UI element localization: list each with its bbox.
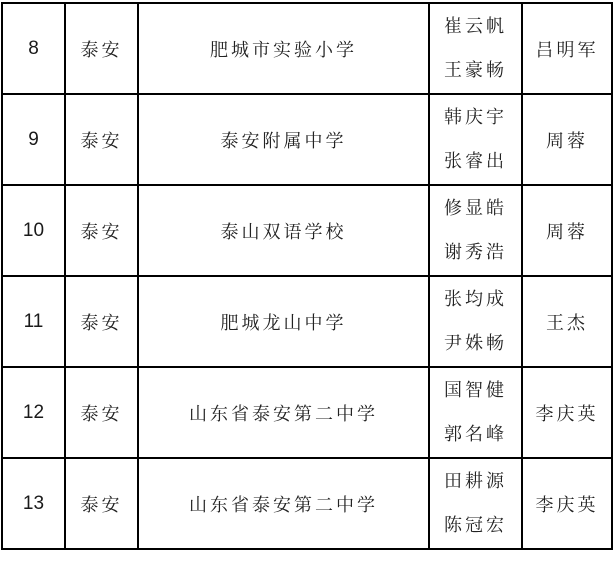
teacher-cell: 李庆英: [522, 367, 612, 458]
school-cell: 泰山双语学校: [138, 185, 429, 276]
row-number: 11: [2, 276, 65, 367]
student-name: 张睿出: [430, 140, 521, 184]
table-row: 8 泰安 肥城市实验小学 崔云帆 王豪畅 吕明军: [2, 3, 612, 94]
table-row: 13 泰安 山东省泰安第二中学 田耕源 陈冠宏 李庆英: [2, 458, 612, 549]
row-number: 8: [2, 3, 65, 94]
student-name: 陈冠宏: [430, 504, 521, 548]
teacher-cell: 周蓉: [522, 94, 612, 185]
student-name: 王豪畅: [430, 49, 521, 93]
table-row: 9 泰安 泰安附属中学 韩庆宇 张睿出 周蓉: [2, 94, 612, 185]
student-name: 修显皓: [430, 187, 521, 231]
students-cell: 崔云帆 王豪畅: [429, 3, 522, 94]
students-cell: 韩庆宇 张睿出: [429, 94, 522, 185]
city-cell: 泰安: [65, 94, 138, 185]
teacher-cell: 吕明军: [522, 3, 612, 94]
teacher-cell: 王杰: [522, 276, 612, 367]
row-number: 13: [2, 458, 65, 549]
city-cell: 泰安: [65, 276, 138, 367]
school-cell: 肥城市实验小学: [138, 3, 429, 94]
city-cell: 泰安: [65, 3, 138, 94]
student-name: 国智健: [430, 369, 521, 413]
teacher-cell: 李庆英: [522, 458, 612, 549]
school-cell: 泰安附属中学: [138, 94, 429, 185]
teacher-cell: 周蓉: [522, 185, 612, 276]
award-roster-table: 8 泰安 肥城市实验小学 崔云帆 王豪畅 吕明军 9 泰安 泰安附属中学 韩庆宇…: [1, 2, 613, 550]
students-cell: 张均成 尹姝畅: [429, 276, 522, 367]
students-cell: 田耕源 陈冠宏: [429, 458, 522, 549]
school-cell: 山东省泰安第二中学: [138, 367, 429, 458]
students-cell: 修显皓 谢秀浩: [429, 185, 522, 276]
city-cell: 泰安: [65, 367, 138, 458]
row-number: 10: [2, 185, 65, 276]
table-row: 12 泰安 山东省泰安第二中学 国智健 郭名峰 李庆英: [2, 367, 612, 458]
student-name: 郭名峰: [430, 413, 521, 457]
table-row: 10 泰安 泰山双语学校 修显皓 谢秀浩 周蓉: [2, 185, 612, 276]
school-cell: 肥城龙山中学: [138, 276, 429, 367]
student-name: 田耕源: [430, 460, 521, 504]
row-number: 12: [2, 367, 65, 458]
school-cell: 山东省泰安第二中学: [138, 458, 429, 549]
row-number: 9: [2, 94, 65, 185]
table-row: 11 泰安 肥城龙山中学 张均成 尹姝畅 王杰: [2, 276, 612, 367]
city-cell: 泰安: [65, 185, 138, 276]
student-name: 崔云帆: [430, 5, 521, 49]
student-name: 张均成: [430, 278, 521, 322]
city-cell: 泰安: [65, 458, 138, 549]
students-cell: 国智健 郭名峰: [429, 367, 522, 458]
student-name: 尹姝畅: [430, 322, 521, 366]
student-name: 韩庆宇: [430, 96, 521, 140]
student-name: 谢秀浩: [430, 231, 521, 275]
